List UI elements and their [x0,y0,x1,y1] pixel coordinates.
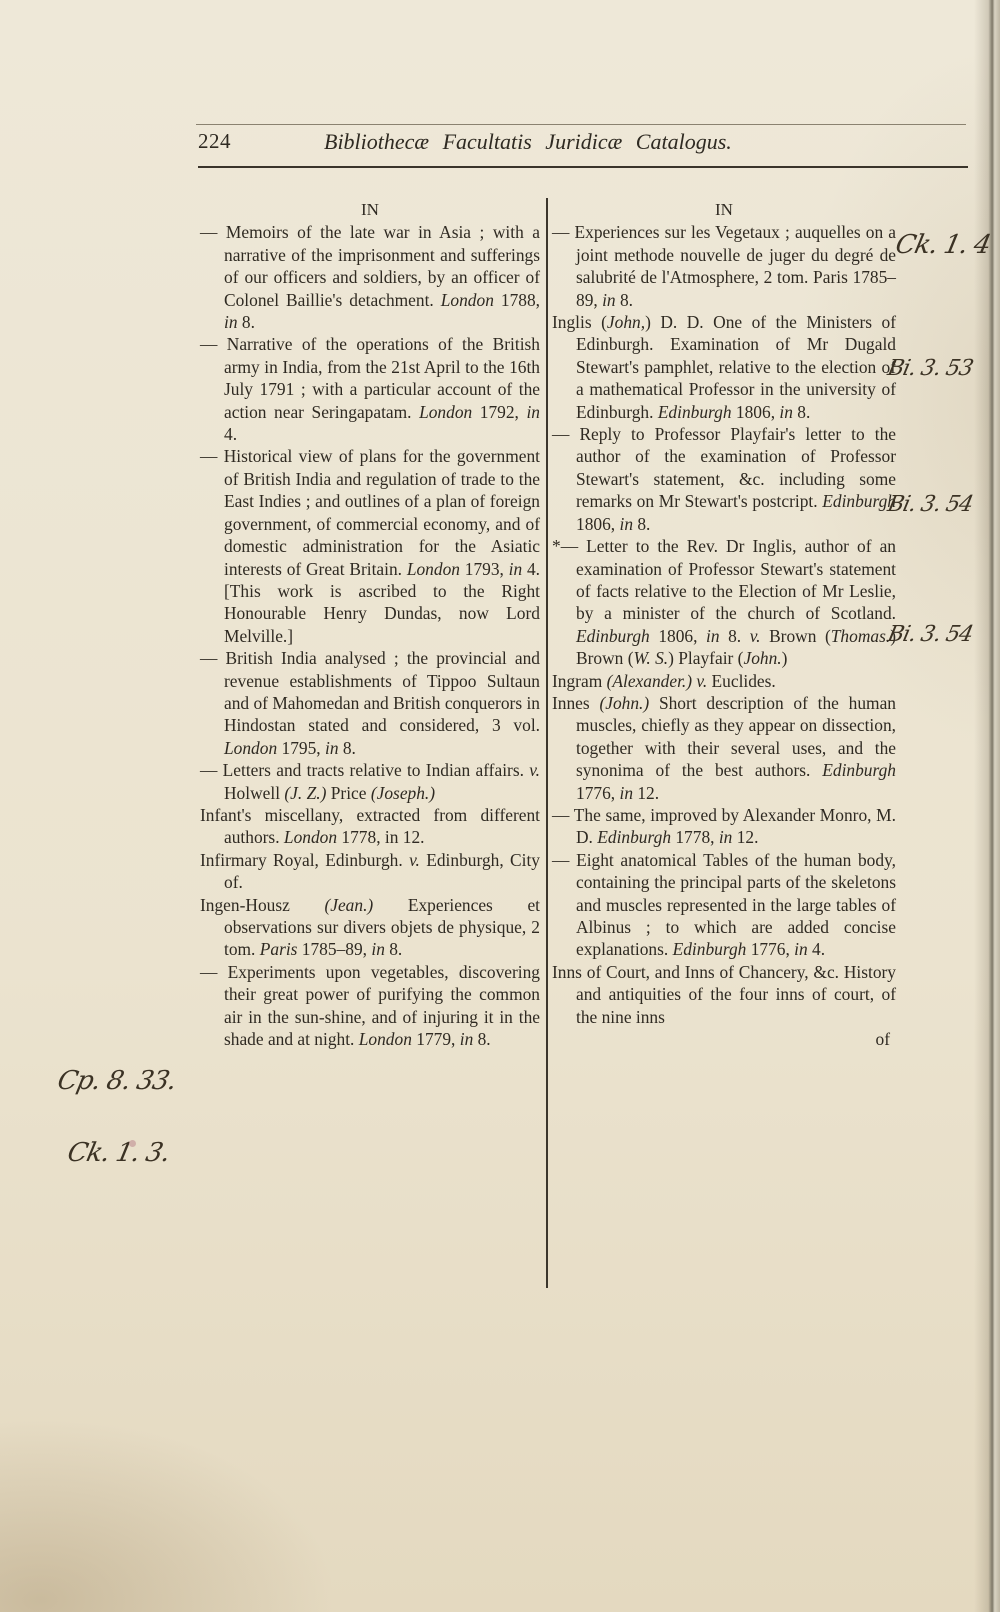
catalog-entry: Ingram (Alexander.) v. Euclides. [552,670,896,692]
catchword: of [552,1028,896,1050]
page-header: 224 Bibliothecæ Facultatis Juridicæ Cata… [198,129,993,159]
entry-list: — Memoirs of the late war in Asia ; with… [200,221,540,1050]
catalog-entry: — Reply to Professor Playfair's letter t… [552,423,896,535]
catalog-entry: — Experiments upon vegetables, discoveri… [200,961,540,1051]
shelfmark-annotation: Cp. 8. 33. [55,1066,179,1096]
column-heading: IN [552,199,896,221]
catalog-entry: — Letters and tracts relative to Indian … [200,759,540,804]
shelfmark-annotation: Bi. 3. 53 [885,356,974,381]
right-column: IN — Experiences sur les Vegetaux ; auqu… [552,199,896,1050]
entry-list: — Experiences sur les Vegetaux ; auquell… [552,221,896,1028]
catalog-entry: — Narrative of the operations of the Bri… [200,333,540,445]
catalog-entry: — The same, improved by Alexander Monro,… [552,804,896,849]
column-divider [546,198,548,1288]
shelfmark-annotation: Bi. 3. 54 [885,492,974,517]
catalog-entry: *— Letter to the Rev. Dr Inglis, author … [552,535,896,669]
shelfmark-annotation: Ck. 1. 4 [893,230,993,260]
header-rule-top [196,124,966,125]
catalog-entry: — Historical view of plans for the gover… [200,445,540,647]
shelfmark-annotation: Ck. 1. 3. [65,1138,172,1168]
page-number: 224 [198,129,231,154]
column-heading: IN [200,199,540,221]
catalog-entry: — Eight anatomical Tables of the human b… [552,849,896,961]
catalog-entry: Infirmary Royal, Edinburgh. v. Edinburgh… [200,849,540,894]
ink-stain [129,1140,136,1147]
running-title: Bibliothecæ Facultatis Juridicæ Catalogu… [324,129,732,155]
catalog-entry: Infant's miscellany, extracted from diff… [200,804,540,849]
header-rule-bottom [198,166,968,168]
left-column: IN — Memoirs of the late war in Asia ; w… [200,199,540,1050]
shelfmark-annotation: Bi. 3. 54 [885,622,974,647]
catalog-entry: — British India analysed ; the provincia… [200,647,540,759]
catalog-entry: Innes (John.) Short description of the h… [552,692,896,804]
catalog-entry: Ingen-Housz (Jean.) Experiences et obser… [200,894,540,961]
catalog-entry: Inglis (John,) D. D. One of the Minister… [552,311,896,423]
catalog-entry: Inns of Court, and Inns of Chancery, &c.… [552,961,896,1028]
catalog-entry: — Memoirs of the late war in Asia ; with… [200,221,540,333]
catalog-entry: — Experiences sur les Vegetaux ; auquell… [552,221,896,311]
